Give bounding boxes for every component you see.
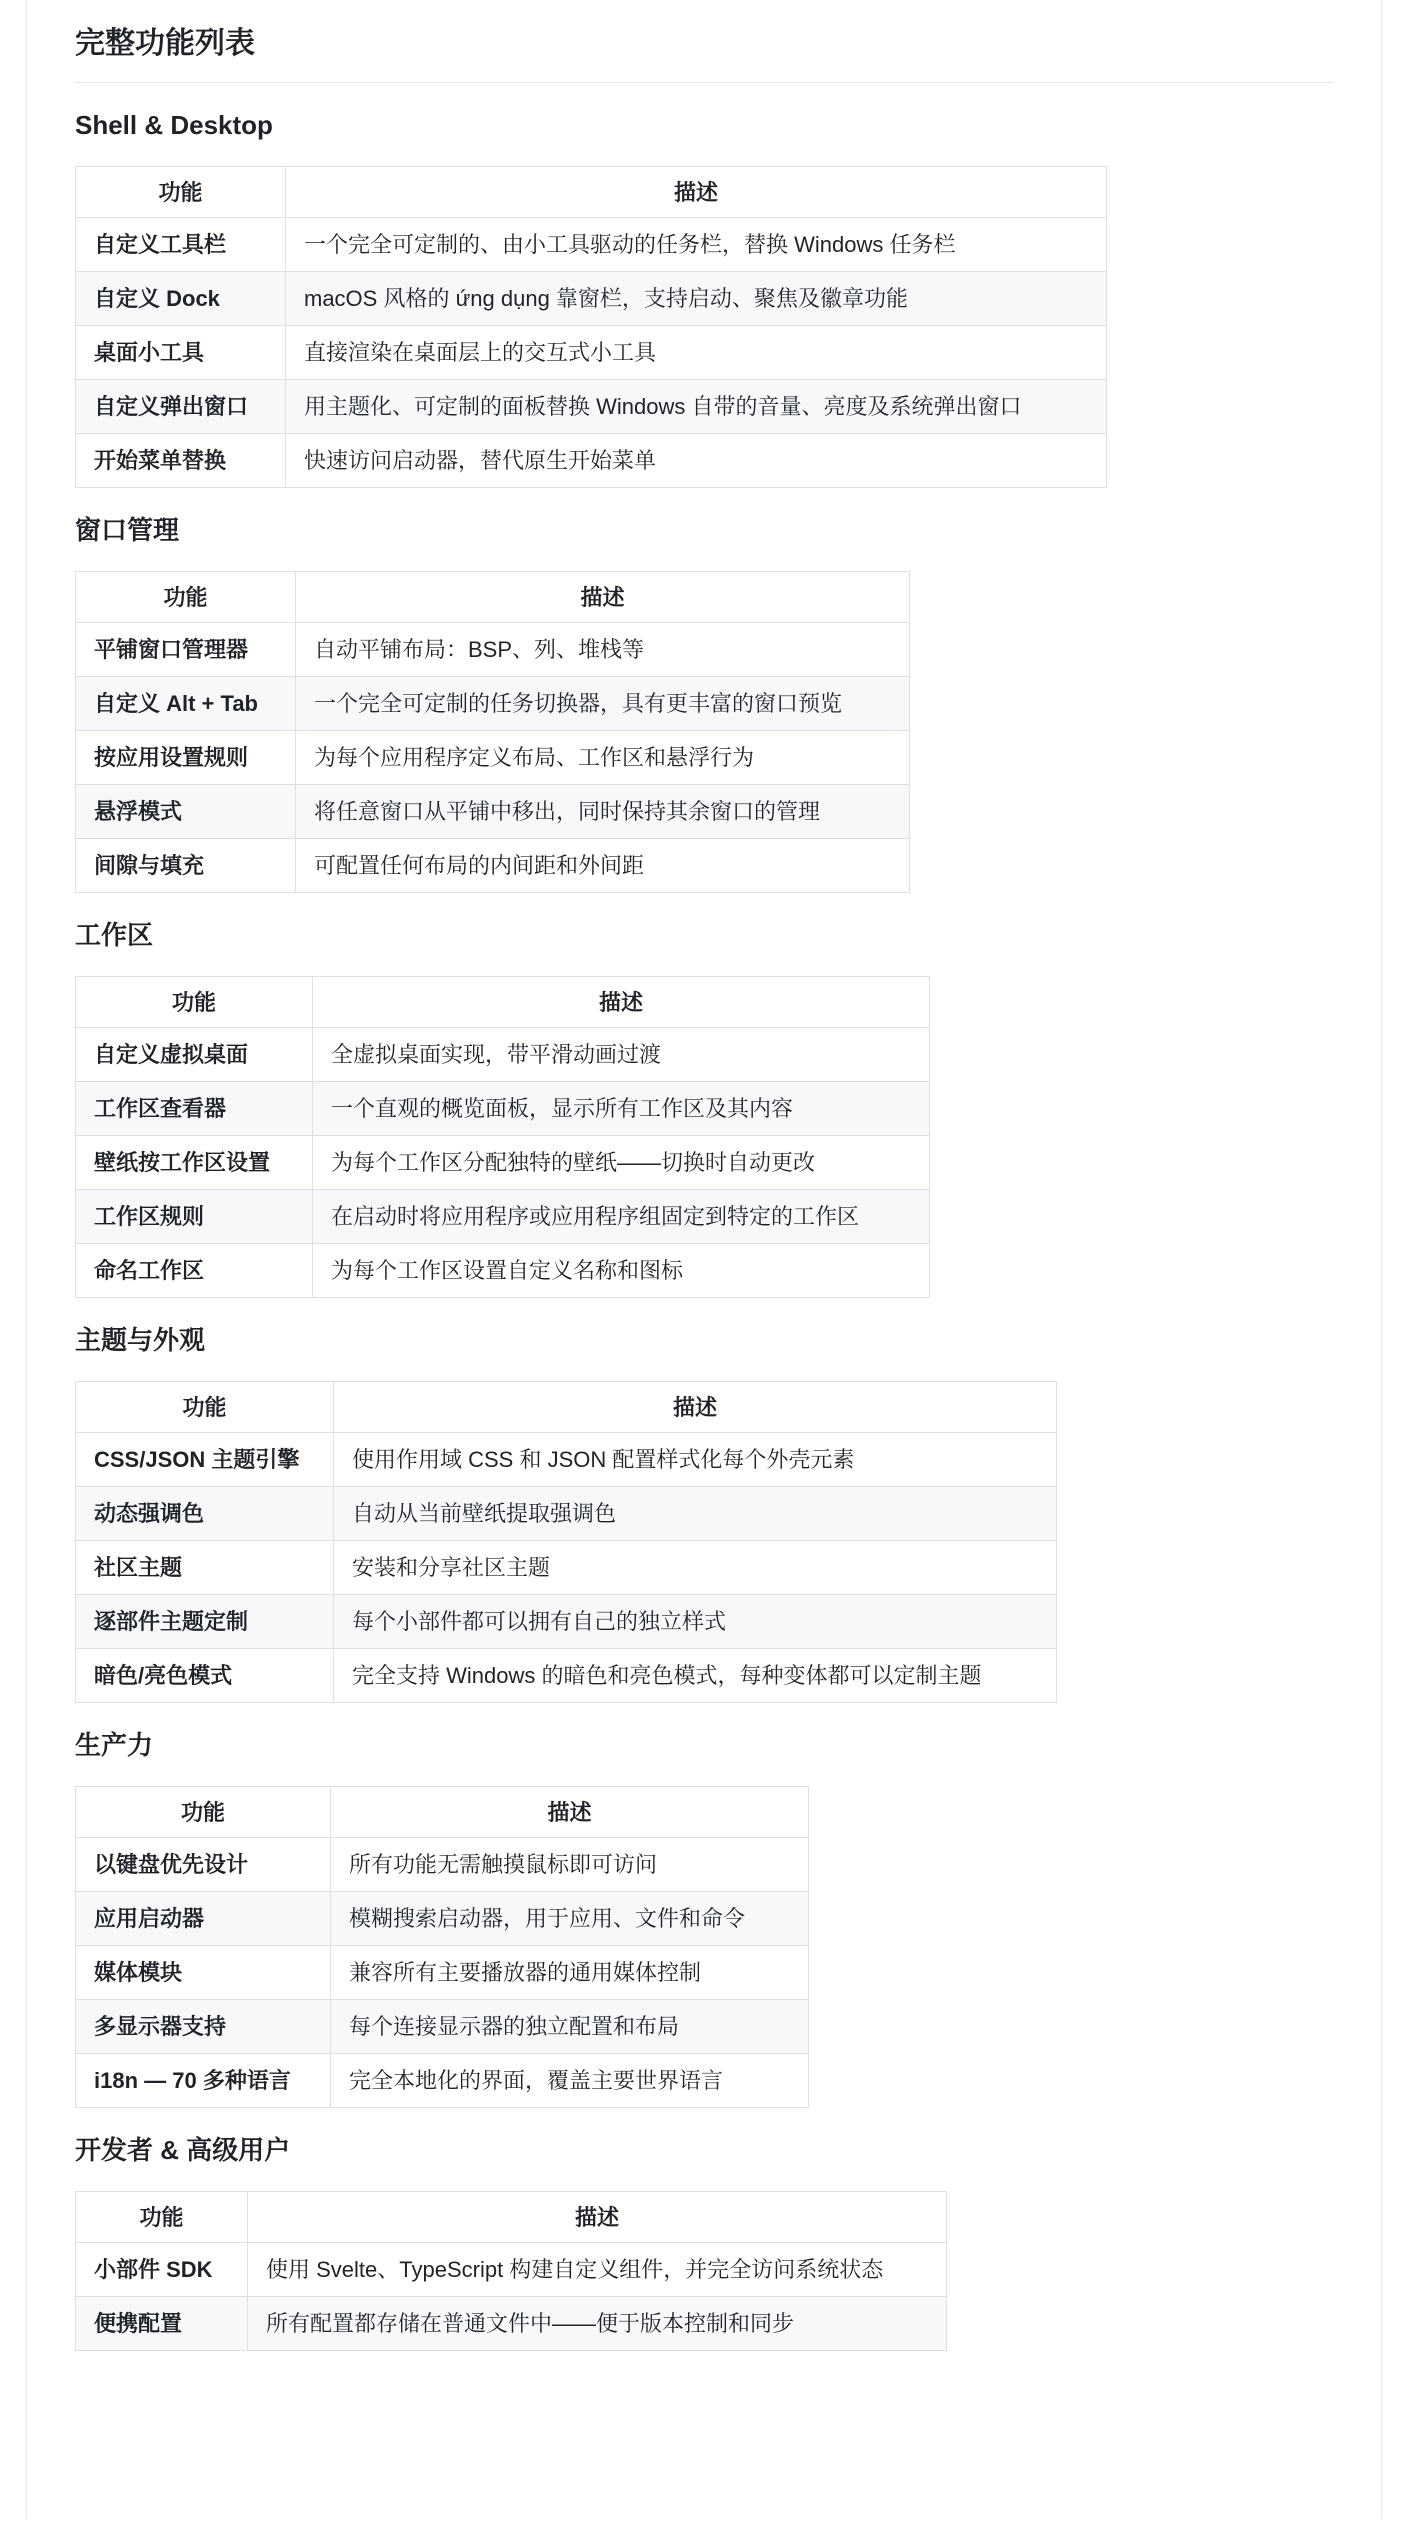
header-row: 功能描述	[76, 977, 930, 1028]
section-heading: 开发者 & 高级用户	[75, 2134, 1333, 2167]
description-cell: 完全本地化的界面，覆盖主要世界语言	[331, 2054, 809, 2108]
feature-table: 功能描述小部件 SDK使用 Svelte、TypeScript 构建自定义组件，…	[75, 2191, 947, 2351]
table-row: 工作区规则在启动时将应用程序或应用程序组固定到特定的工作区	[76, 1190, 930, 1244]
feature-cell: 动态强调色	[76, 1487, 334, 1541]
column-header-feature: 功能	[76, 167, 286, 218]
table-row: 壁纸按工作区设置为每个工作区分配独特的壁纸——切换时自动更改	[76, 1136, 930, 1190]
feature-cell: 自定义虚拟桌面	[76, 1028, 313, 1082]
table-row: 开始菜单替换快速访问启动器，替代原生开始菜单	[76, 434, 1107, 488]
feature-table: 功能描述平铺窗口管理器自动平铺布局：BSP、列、堆栈等自定义 Alt + Tab…	[75, 571, 910, 893]
feature-cell: 自定义 Alt + Tab	[76, 677, 296, 731]
table-row: 自定义 Alt + Tab一个完全可定制的任务切换器，具有更丰富的窗口预览	[76, 677, 910, 731]
table-row: 逐部件主题定制每个小部件都可以拥有自己的独立样式	[76, 1595, 1057, 1649]
table-row: 多显示器支持每个连接显示器的独立配置和布局	[76, 2000, 809, 2054]
table-row: 命名工作区为每个工作区设置自定义名称和图标	[76, 1244, 930, 1298]
section-heading: 窗口管理	[75, 514, 1333, 547]
description-cell: 为每个工作区分配独特的壁纸——切换时自动更改	[313, 1136, 930, 1190]
feature-cell: 工作区规则	[76, 1190, 313, 1244]
feature-cell: 平铺窗口管理器	[76, 623, 296, 677]
column-header-feature: 功能	[76, 1382, 334, 1433]
feature-cell: 社区主题	[76, 1541, 334, 1595]
column-header-description: 描述	[331, 1787, 809, 1838]
feature-cell: 悬浮模式	[76, 785, 296, 839]
table-row: 按应用设置规则为每个应用程序定义布局、工作区和悬浮行为	[76, 731, 910, 785]
table-row: 自定义虚拟桌面全虚拟桌面实现，带平滑动画过渡	[76, 1028, 930, 1082]
feature-cell: CSS/JSON 主题引擎	[76, 1433, 334, 1487]
section-heading: 生产力	[75, 1729, 1333, 1762]
header-row: 功能描述	[76, 2192, 947, 2243]
feature-cell: 多显示器支持	[76, 2000, 331, 2054]
feature-cell: 间隙与填充	[76, 839, 296, 893]
description-cell: 所有功能无需触摸鼠标即可访问	[331, 1838, 809, 1892]
table-row: 应用启动器模糊搜索启动器，用于应用、文件和命令	[76, 1892, 809, 1946]
readme-container: 完整功能列表 Shell & Desktop功能描述自定义工具栏一个完全可定制的…	[26, 0, 1382, 2519]
table-row: 悬浮模式将任意窗口从平铺中移出，同时保持其余窗口的管理	[76, 785, 910, 839]
description-cell: 一个完全可定制的任务切换器，具有更丰富的窗口预览	[296, 677, 910, 731]
description-cell: 自动平铺布局：BSP、列、堆栈等	[296, 623, 910, 677]
description-cell: 快速访问启动器，替代原生开始菜单	[286, 434, 1107, 488]
column-header-description: 描述	[334, 1382, 1057, 1433]
column-header-feature: 功能	[76, 2192, 248, 2243]
feature-cell: 小部件 SDK	[76, 2243, 248, 2297]
feature-cell: 自定义弹出窗口	[76, 380, 286, 434]
description-cell: 每个小部件都可以拥有自己的独立样式	[334, 1595, 1057, 1649]
feature-cell: 桌面小工具	[76, 326, 286, 380]
section-heading: Shell & Desktop	[75, 109, 1333, 142]
feature-cell: 暗色/亮色模式	[76, 1649, 334, 1703]
description-cell: 一个直观的概览面板，显示所有工作区及其内容	[313, 1082, 930, 1136]
table-row: 媒体模块兼容所有主要播放器的通用媒体控制	[76, 1946, 809, 2000]
feature-cell: 命名工作区	[76, 1244, 313, 1298]
table-row: i18n — 70 多种语言完全本地化的界面，覆盖主要世界语言	[76, 2054, 809, 2108]
table-row: 平铺窗口管理器自动平铺布局：BSP、列、堆栈等	[76, 623, 910, 677]
feature-table: 功能描述自定义虚拟桌面全虚拟桌面实现，带平滑动画过渡工作区查看器一个直观的概览面…	[75, 976, 930, 1298]
section-heading: 工作区	[75, 919, 1333, 952]
description-cell: 自动从当前壁纸提取强调色	[334, 1487, 1057, 1541]
description-cell: 直接渲染在桌面层上的交互式小工具	[286, 326, 1107, 380]
feature-cell: 媒体模块	[76, 1946, 331, 2000]
feature-cell: 应用启动器	[76, 1892, 331, 1946]
column-header-description: 描述	[296, 572, 910, 623]
table-row: 工作区查看器一个直观的概览面板，显示所有工作区及其内容	[76, 1082, 930, 1136]
feature-cell: i18n — 70 多种语言	[76, 2054, 331, 2108]
description-cell: macOS 风格的 ứng dụng 靠窗栏，支持启动、聚焦及徽章功能	[286, 272, 1107, 326]
description-cell: 在启动时将应用程序或应用程序组固定到特定的工作区	[313, 1190, 930, 1244]
section-heading: 主题与外观	[75, 1324, 1333, 1357]
feature-cell: 自定义工具栏	[76, 218, 286, 272]
table-row: 桌面小工具直接渲染在桌面层上的交互式小工具	[76, 326, 1107, 380]
feature-table: 功能描述以键盘优先设计所有功能无需触摸鼠标即可访问应用启动器模糊搜索启动器，用于…	[75, 1786, 809, 2108]
header-row: 功能描述	[76, 572, 910, 623]
description-cell: 完全支持 Windows 的暗色和亮色模式，每种变体都可以定制主题	[334, 1649, 1057, 1703]
description-cell: 所有配置都存储在普通文件中——便于版本控制和同步	[248, 2297, 947, 2351]
column-header-feature: 功能	[76, 977, 313, 1028]
table-row: 以键盘优先设计所有功能无需触摸鼠标即可访问	[76, 1838, 809, 1892]
description-cell: 可配置任何布局的内间距和外间距	[296, 839, 910, 893]
description-cell: 安装和分享社区主题	[334, 1541, 1057, 1595]
description-cell: 模糊搜索启动器，用于应用、文件和命令	[331, 1892, 809, 1946]
description-cell: 一个完全可定制的、由小工具驱动的任务栏，替换 Windows 任务栏	[286, 218, 1107, 272]
column-header-feature: 功能	[76, 572, 296, 623]
description-cell: 每个连接显示器的独立配置和布局	[331, 2000, 809, 2054]
column-header-description: 描述	[286, 167, 1107, 218]
table-row: 动态强调色自动从当前壁纸提取强调色	[76, 1487, 1057, 1541]
description-cell: 兼容所有主要播放器的通用媒体控制	[331, 1946, 809, 2000]
table-row: 小部件 SDK使用 Svelte、TypeScript 构建自定义组件，并完全访…	[76, 2243, 947, 2297]
feature-table: 功能描述CSS/JSON 主题引擎使用作用域 CSS 和 JSON 配置样式化每…	[75, 1381, 1057, 1703]
description-cell: 全虚拟桌面实现，带平滑动画过渡	[313, 1028, 930, 1082]
description-cell: 为每个应用程序定义布局、工作区和悬浮行为	[296, 731, 910, 785]
feature-cell: 逐部件主题定制	[76, 1595, 334, 1649]
table-row: 自定义弹出窗口用主题化、可定制的面板替换 Windows 自带的音量、亮度及系统…	[76, 380, 1107, 434]
description-cell: 为每个工作区设置自定义名称和图标	[313, 1244, 930, 1298]
description-cell: 用主题化、可定制的面板替换 Windows 自带的音量、亮度及系统弹出窗口	[286, 380, 1107, 434]
feature-cell: 以键盘优先设计	[76, 1838, 331, 1892]
description-cell: 将任意窗口从平铺中移出，同时保持其余窗口的管理	[296, 785, 910, 839]
column-header-feature: 功能	[76, 1787, 331, 1838]
column-header-description: 描述	[248, 2192, 947, 2243]
header-row: 功能描述	[76, 167, 1107, 218]
feature-cell: 便携配置	[76, 2297, 248, 2351]
page-title: 完整功能列表	[75, 24, 1333, 83]
table-row: 自定义工具栏一个完全可定制的、由小工具驱动的任务栏，替换 Windows 任务栏	[76, 218, 1107, 272]
feature-cell: 自定义 Dock	[76, 272, 286, 326]
feature-table: 功能描述自定义工具栏一个完全可定制的、由小工具驱动的任务栏，替换 Windows…	[75, 166, 1107, 488]
table-row: CSS/JSON 主题引擎使用作用域 CSS 和 JSON 配置样式化每个外壳元…	[76, 1433, 1057, 1487]
feature-cell: 按应用设置规则	[76, 731, 296, 785]
feature-cell: 工作区查看器	[76, 1082, 313, 1136]
column-header-description: 描述	[313, 977, 930, 1028]
description-cell: 使用作用域 CSS 和 JSON 配置样式化每个外壳元素	[334, 1433, 1057, 1487]
feature-cell: 壁纸按工作区设置	[76, 1136, 313, 1190]
feature-cell: 开始菜单替换	[76, 434, 286, 488]
table-row: 暗色/亮色模式完全支持 Windows 的暗色和亮色模式，每种变体都可以定制主题	[76, 1649, 1057, 1703]
table-row: 便携配置所有配置都存储在普通文件中——便于版本控制和同步	[76, 2297, 947, 2351]
sections-wrapper: Shell & Desktop功能描述自定义工具栏一个完全可定制的、由小工具驱动…	[75, 109, 1333, 2351]
table-row: 间隙与填充可配置任何布局的内间距和外间距	[76, 839, 910, 893]
description-cell: 使用 Svelte、TypeScript 构建自定义组件，并完全访问系统状态	[248, 2243, 947, 2297]
table-row: 社区主题安装和分享社区主题	[76, 1541, 1057, 1595]
header-row: 功能描述	[76, 1382, 1057, 1433]
header-row: 功能描述	[76, 1787, 809, 1838]
table-row: 自定义 DockmacOS 风格的 ứng dụng 靠窗栏，支持启动、聚焦及徽…	[76, 272, 1107, 326]
